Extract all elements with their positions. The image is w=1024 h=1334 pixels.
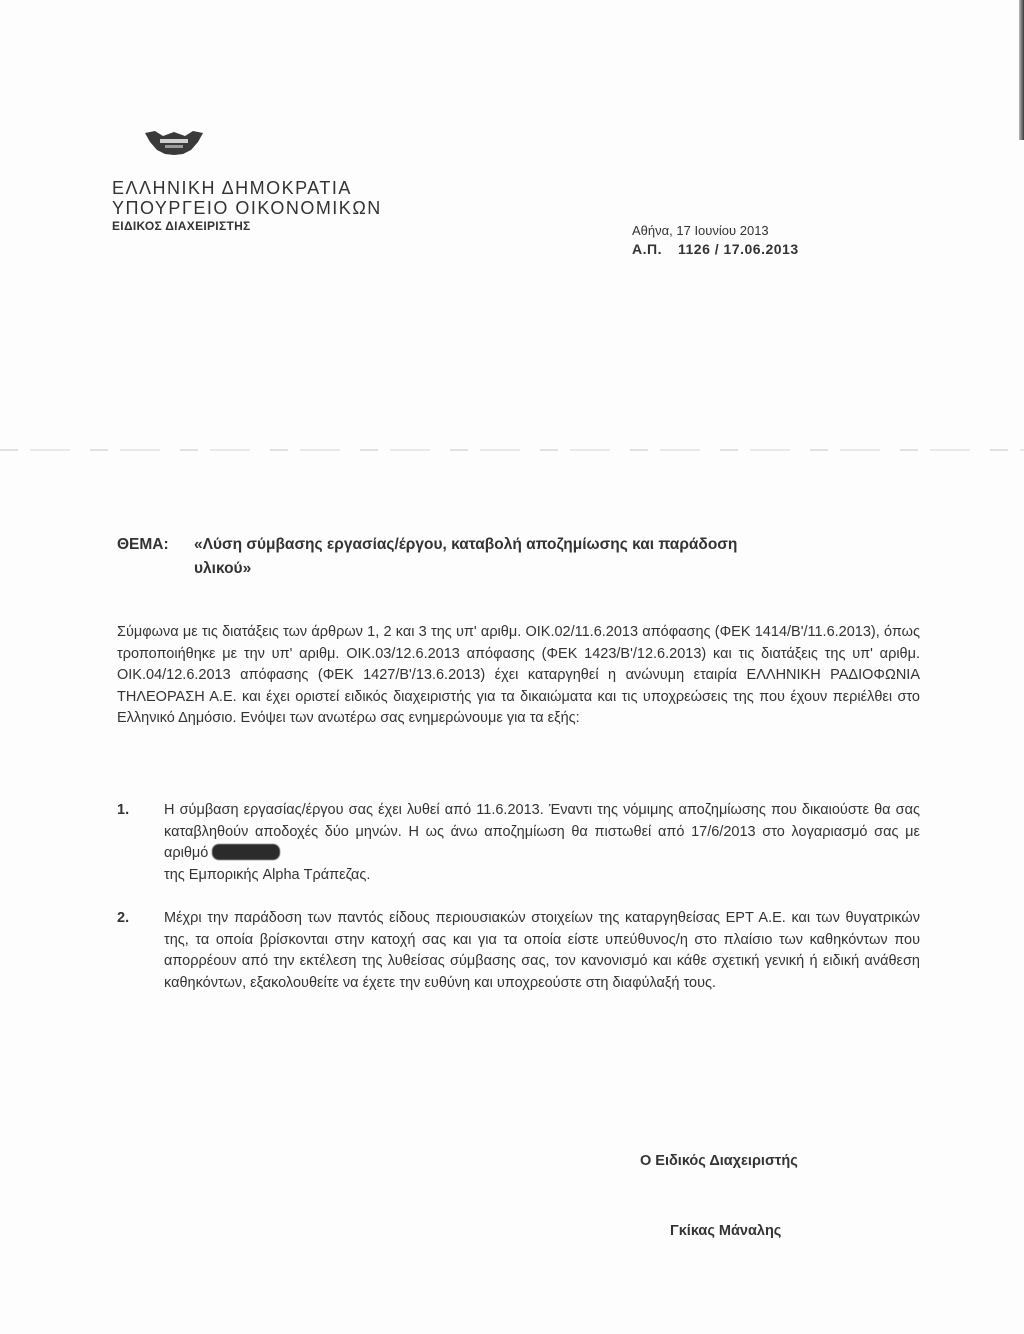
org-line-1: ΕΛΛΗΝΙΚΗ ΔΗΜΟΚΡΑΤΙΑ xyxy=(112,178,382,198)
subject-text-line-2: υλικού» xyxy=(117,557,929,581)
signatory-name: Γκίκας Μάναλης xyxy=(670,1223,781,1239)
list-item: 2. Μέχρι την παράδοση των παντός είδους … xyxy=(117,908,920,994)
fold-line xyxy=(0,449,1024,451)
signatory-title: Ο Ειδικός Διαχειριστής xyxy=(640,1153,798,1169)
org-line-2: ΥΠΟΥΡΓΕΙΟ ΟΙΚΟΝΟΜΙΚΩΝ xyxy=(112,198,382,218)
org-line-3: ΕΙΔΙΚΟΣ ΔΙΑΧΕΙΡΙΣΤΗΣ xyxy=(112,218,382,234)
item-text: Μέχρι την παράδοση των παντός είδους περ… xyxy=(164,908,920,994)
item-text: Η σύμβαση εργασίας/έργου σας έχει λυθεί … xyxy=(164,800,920,886)
issuing-authority: ΕΛΛΗΝΙΚΗ ΔΗΜΟΚΡΑΤΙΑ ΥΠΟΥΡΓΕΙΟ ΟΙΚΟΝΟΜΙΚΩ… xyxy=(112,178,382,234)
subject-line: ΘΕΜΑ:«Λύση σύμβασης εργασίας/έργου, κατα… xyxy=(117,533,929,581)
scan-edge-shadow xyxy=(1019,0,1024,140)
intro-paragraph: Σύμφωνα με τις διατάξεις των άρθρων 1, 2… xyxy=(117,622,920,730)
redacted-account-number xyxy=(212,844,280,860)
greek-republic-emblem-icon xyxy=(143,130,205,156)
item-text-part: της Εμπορικής Alpha Τράπεζας. xyxy=(164,867,370,883)
list-item: 1. Η σύμβαση εργασίας/έργου σας έχει λυθ… xyxy=(117,800,920,886)
numbered-list: 1. Η σύμβαση εργασίας/έργου σας έχει λυθ… xyxy=(117,800,920,1016)
subject-label: ΘΕΜΑ: xyxy=(117,533,194,557)
item-number: 1. xyxy=(117,800,164,886)
protocol-label: Α.Π. xyxy=(632,241,662,257)
protocol-value: 1126 / 17.06.2013 xyxy=(678,241,799,257)
subject-text-line-1: «Λύση σύμβασης εργασίας/έργου, καταβολή … xyxy=(194,536,737,553)
scanned-letter-page: ΕΛΛΗΝΙΚΗ ΔΗΜΟΚΡΑΤΙΑ ΥΠΟΥΡΓΕΙΟ ΟΙΚΟΝΟΜΙΚΩ… xyxy=(0,0,1024,1334)
letter-date: Αθήνα, 17 Ιουνίου 2013 xyxy=(632,222,799,240)
item-number: 2. xyxy=(117,908,164,994)
date-reference-block: Αθήνα, 17 Ιουνίου 2013 Α.Π.1126 / 17.06.… xyxy=(632,222,799,258)
protocol-number: Α.Π.1126 / 17.06.2013 xyxy=(632,240,799,258)
